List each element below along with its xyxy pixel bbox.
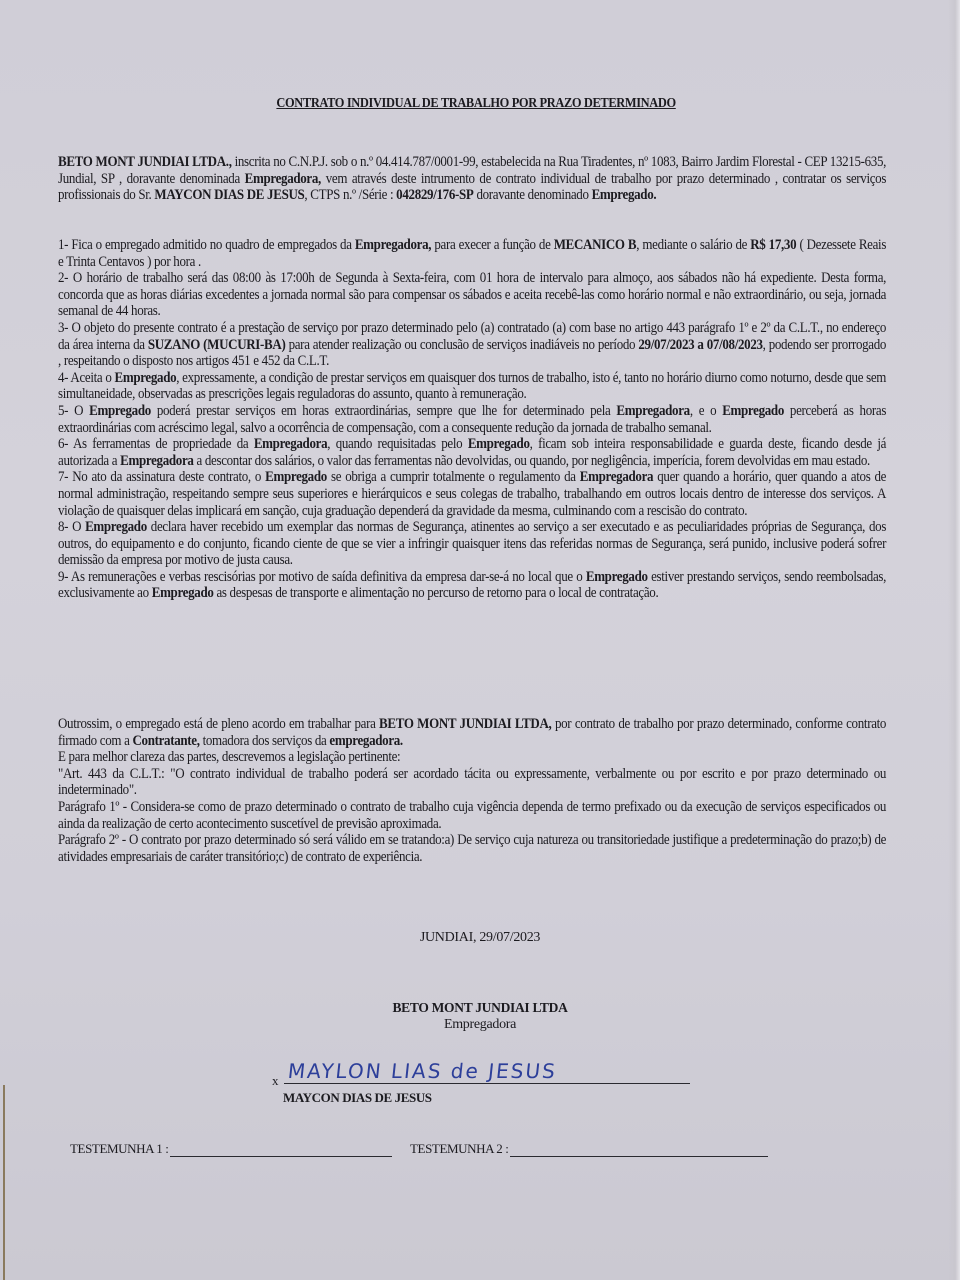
employee-signature-name: MAYCON DIAS DE JESUS (283, 1090, 432, 1106)
employer-signature-role: Empregadora (0, 1017, 960, 1033)
witness-1-field: TESTEMUNHA 1 : (70, 1141, 392, 1157)
witness-2-label: TESTEMUNHA 2 : (410, 1141, 508, 1157)
signature-line (284, 1083, 690, 1084)
closing-paragraph-2: E para melhor clareza das partes, descre… (58, 749, 886, 766)
closing-paragraph-4: Parágrafo 1º - Considera-se como de praz… (58, 799, 886, 832)
clause-4: 4- Aceita o Empregado, expressamente, a … (58, 370, 886, 403)
witness-2-line (510, 1144, 768, 1157)
clause-6: 6- As ferramentas de propriedade da Empr… (58, 436, 886, 469)
handwritten-signature: MAYLON LIAS de JESUS (287, 1059, 558, 1083)
closing-section: Outrossim, o empregado está de pleno aco… (58, 716, 886, 865)
closing-paragraph-1: Outrossim, o empregado está de pleno aco… (58, 716, 886, 749)
employer-term: Empregadora, (245, 171, 321, 187)
witness-2-field: TESTEMUNHA 2 : (410, 1141, 768, 1157)
place-date: JUNDIAI, 29/07/2023 (0, 930, 960, 946)
clause-3: 3- O objeto do presente contrato é a pre… (58, 320, 886, 370)
closing-paragraph-5: Parágrafo 2º - O contrato por prazo dete… (58, 832, 886, 865)
page-edge-highlight (948, 0, 960, 1280)
document-title: CONTRATO INDIVIDUAL DE TRABALHO POR PRAZ… (0, 95, 952, 111)
company-name: BETO MONT JUNDIAI LTDA., (58, 154, 232, 170)
witness-1-line (170, 1144, 392, 1157)
page-edge-shadow (3, 1085, 5, 1280)
ctps-number: 042829/176-SP (396, 187, 473, 203)
clause-8: 8- O Empregado declara haver recebido um… (58, 519, 886, 569)
clauses-section: 1- Fica o empregado admitido no quadro d… (58, 237, 886, 602)
clause-1: 1- Fica o empregado admitido no quadro d… (58, 237, 886, 270)
clause-2: 2- O horário de trabalho será das 08:00 … (58, 270, 886, 320)
witness-1-label: TESTEMUNHA 1 : (70, 1141, 168, 1157)
signature-mark: x (272, 1073, 279, 1089)
clause-7: 7- No ato da assinatura deste contrato, … (58, 469, 886, 519)
employer-signature-name: BETO MONT JUNDIAI LTDA (0, 1000, 960, 1016)
intro-paragraph: BETO MONT JUNDIAI LTDA., inscrita no C.N… (58, 154, 886, 204)
employee-term: Empregado. (592, 187, 657, 203)
clause-9: 9- As remunerações e verbas rescisórias … (58, 569, 886, 602)
employee-name: MAYCON DIAS DE JESUS (154, 187, 304, 203)
closing-paragraph-3: "Art. 443 da C.L.T.: "O contrato individ… (58, 766, 886, 799)
clause-5: 5- O Empregado poderá prestar serviços e… (58, 403, 886, 436)
